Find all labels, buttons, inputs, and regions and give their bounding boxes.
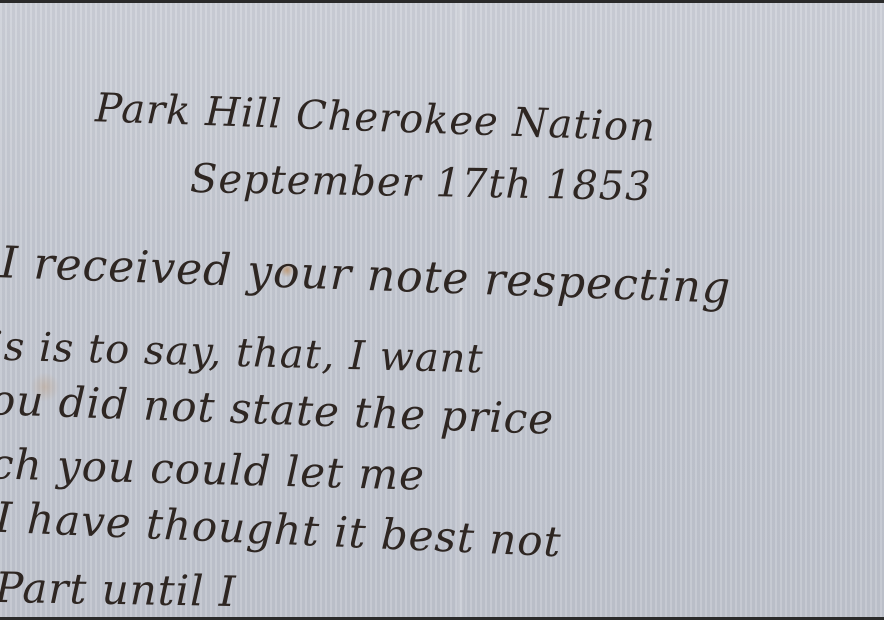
letter-heading-date: September 17th 1853	[190, 156, 652, 210]
letter-body-line: Part until I	[0, 563, 237, 616]
photo-edge-top	[0, 0, 884, 3]
